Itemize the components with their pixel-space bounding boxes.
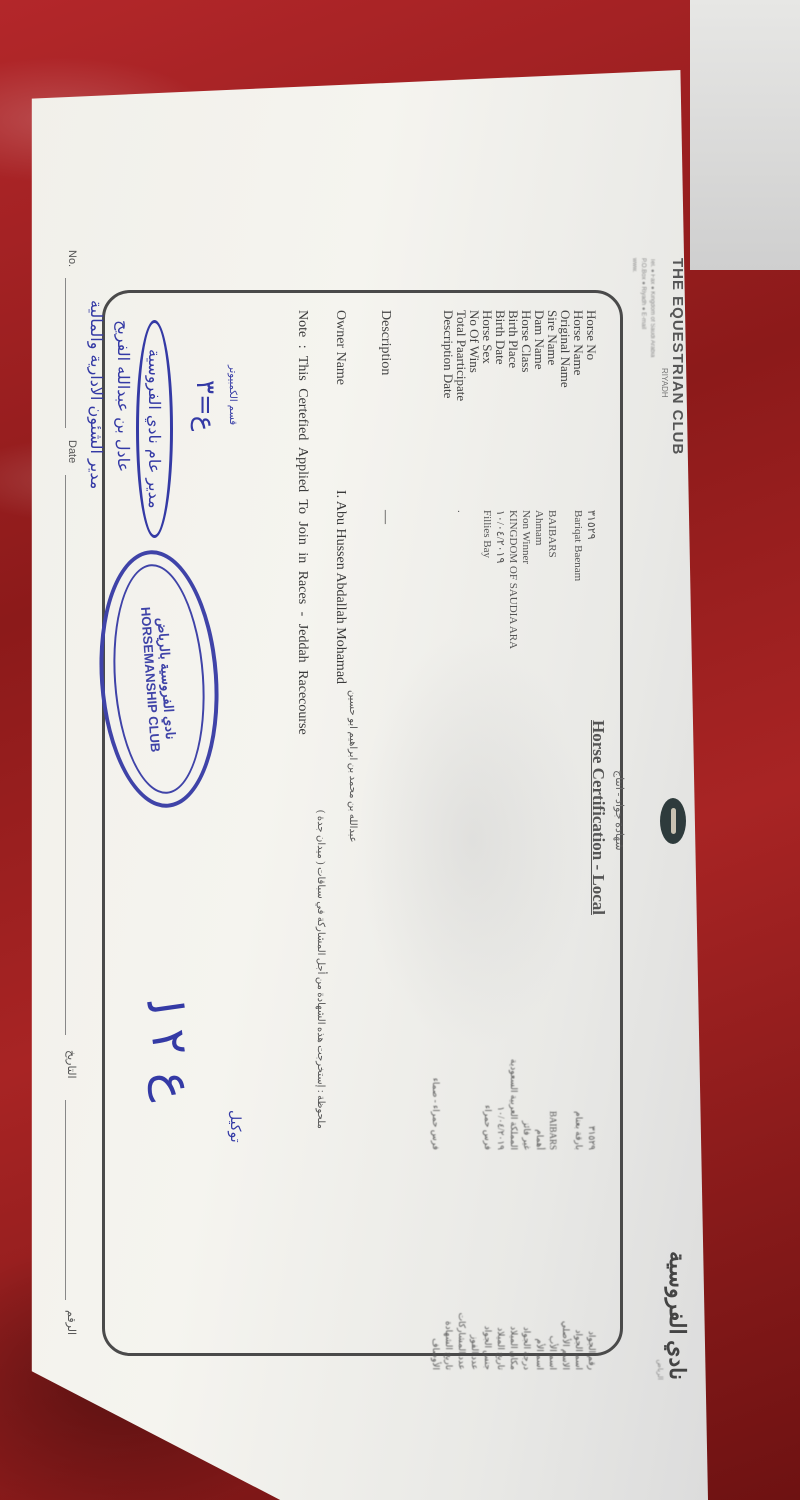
club-name-en: THE EQUESTRIAN CLUB bbox=[669, 258, 686, 678]
field-row: Birth PlaceKINGDOM OF SAUDIA ARA bbox=[507, 310, 520, 770]
footer-no-label: No. bbox=[66, 250, 78, 267]
field-value: ٣١٥٢٩ bbox=[585, 510, 598, 770]
arabic-label: الأوصاف bbox=[429, 1313, 442, 1370]
field-value: Fillies Bay bbox=[482, 510, 494, 770]
field-row: Description Date bbox=[442, 310, 455, 770]
field-row: Birth Date١٠/٠٤/٢٠١٩ bbox=[494, 310, 507, 770]
horse-fields: Horse No٣١٥٢٩Horse NameBariqat BaenamOri… bbox=[442, 310, 598, 770]
arabic-value: المملكة العربية السعودية bbox=[507, 1059, 520, 1150]
handwritten-manager-title: مدير عام نادي الفروسية bbox=[136, 320, 173, 538]
footer-no-ar: الرقم bbox=[65, 1310, 78, 1335]
footer-no-line bbox=[65, 278, 66, 428]
arabic-value: بارقة بعنام bbox=[572, 1059, 585, 1150]
field-row: Sire NameBAIBARS bbox=[546, 310, 559, 770]
arabic-value: أهمام bbox=[533, 1059, 546, 1150]
handwritten-department: قسم الكمبيوتر bbox=[227, 365, 238, 425]
club-city-ar: الرياض bbox=[655, 1080, 664, 1380]
stamp-text-en: HORSEMANSHIP CLUB bbox=[138, 606, 163, 752]
arabic-label: مكان الميلاد bbox=[507, 1313, 520, 1370]
footer-no-ar-line bbox=[65, 1100, 66, 1300]
arabic-value bbox=[442, 1059, 455, 1150]
club-city-en: RIYADH bbox=[660, 368, 669, 678]
arabic-label: تاريخ الشهادة bbox=[442, 1313, 455, 1370]
arabic-label: اسم الأم bbox=[533, 1313, 546, 1370]
arabic-label: اسم الأب bbox=[546, 1313, 559, 1370]
footer-date-line bbox=[65, 475, 66, 1035]
arabic-value: ١٠/٠٤/٢٠١٩ bbox=[494, 1059, 507, 1150]
header-arabic: نادي الفروسية الرياض bbox=[655, 1080, 690, 1380]
field-row: Dam NameAhmam bbox=[533, 310, 546, 770]
field-row: Horse SexFillies Bay bbox=[481, 310, 494, 770]
field-row: Horse No٣١٥٢٩ bbox=[585, 310, 598, 770]
header-english: THE EQUESTRIAN CLUB RIYADH Tel. ● Fax ● … bbox=[629, 258, 686, 678]
stamp-text-ar: نادي الفروسية بالرياض bbox=[154, 617, 178, 740]
note: Note : This Certefied Applied To Join in… bbox=[294, 310, 310, 735]
handwritten-mark: ع=٣ bbox=[190, 380, 220, 431]
field-value: KINGDOM OF SAUDIA ARA bbox=[508, 510, 520, 770]
owner-value: I. Abu Hussen Abdallah Mohamad bbox=[332, 490, 348, 684]
field-row: Total Paarticipate. bbox=[455, 310, 468, 770]
club-contact-en: Tel. ● Fax ● Kingdom of Saudi ArabiaP.O.… bbox=[629, 258, 656, 678]
arabic-value bbox=[559, 1059, 572, 1150]
owner-name-ar: عبدالله بن محمد بن ابراهيم ابو حسين bbox=[347, 690, 358, 843]
field-value: Non Winner bbox=[521, 510, 533, 770]
arabic-value: فرس حمراء - صماء bbox=[429, 1059, 442, 1150]
footer-date-label: Date bbox=[66, 440, 78, 463]
arabic-value: BAIBARS bbox=[546, 1059, 559, 1150]
field-row: Horse ClassNon Winner bbox=[520, 310, 533, 770]
description-row: Description — bbox=[377, 310, 393, 524]
footer-date-ar: التاريخ bbox=[65, 1050, 78, 1079]
certificate-title-ar: شهادة جواد - انتاج bbox=[613, 770, 626, 851]
arabic-label: جنس الجواد bbox=[481, 1313, 494, 1370]
arabic-label: اسم الجواد bbox=[572, 1313, 585, 1370]
arabic-label: رقم الجواد bbox=[585, 1313, 598, 1370]
field-value: BAIBARS bbox=[547, 510, 559, 770]
arabic-label: عدد المشاركات bbox=[455, 1313, 468, 1370]
equestrian-emblem-icon bbox=[660, 798, 686, 844]
arabic-label: الاسم الأصلي bbox=[559, 1313, 572, 1370]
note-text: This Certefied Applied To Join in Races … bbox=[295, 356, 310, 735]
arabic-label: تاريخ الميلاد bbox=[494, 1313, 507, 1370]
note-ar: ملحوظة : إستخرجت هذه الشهادة من أجل المش… bbox=[315, 810, 326, 1129]
arabic-labels: رقم الجواداسم الجوادالاسم الأصلياسم الأب… bbox=[429, 1313, 598, 1370]
owner-row: Owner Name I. Abu Hussen Abdallah Mohama… bbox=[332, 310, 348, 684]
arabic-values: ٣١٥٢٩بارقة بعنامBAIBARSأهمامغير فائزالمم… bbox=[429, 1059, 598, 1150]
handwritten-admin-title: مدير الشئون الادارية والمالية bbox=[87, 300, 106, 489]
background-paper bbox=[690, 0, 800, 270]
club-name-ar: نادي الفروسية bbox=[664, 1080, 690, 1380]
arabic-value bbox=[468, 1059, 481, 1150]
field-value: Bariqat Baenam bbox=[573, 510, 585, 770]
field-row: Original Name bbox=[559, 310, 572, 770]
field-row: No Of Wins bbox=[468, 310, 481, 770]
arabic-value: فرس حمراء bbox=[481, 1059, 494, 1150]
field-label: Description Date bbox=[441, 310, 457, 510]
field-value: ١٠/٠٤/٢٠١٩ bbox=[494, 510, 507, 770]
arabic-value bbox=[455, 1059, 468, 1150]
arabic-label: درجة الجواد bbox=[520, 1313, 533, 1370]
arabic-label: عدد الفوز bbox=[468, 1313, 481, 1370]
arabic-value: غير فائز bbox=[520, 1059, 533, 1150]
field-row: Horse NameBariqat Baenam bbox=[572, 310, 585, 770]
field-value: Ahmam bbox=[534, 510, 546, 770]
certificate-paper: THE EQUESTRIAN CLUB RIYADH Tel. ● Fax ● … bbox=[18, 70, 708, 1500]
arabic-value: ٣١٥٢٩ bbox=[585, 1059, 598, 1150]
description-value: — bbox=[377, 510, 393, 524]
note-label: Note : bbox=[295, 310, 310, 349]
handwritten-name: عادل بن عبدالله الفريح bbox=[114, 320, 133, 472]
description-label: Description bbox=[377, 310, 393, 510]
owner-label: Owner Name bbox=[332, 310, 348, 490]
signature-note: توكيل bbox=[227, 1110, 243, 1143]
certificate-sheet: THE EQUESTRIAN CLUB RIYADH Tel. ● Fax ● … bbox=[58, 250, 698, 1390]
field-value: . bbox=[456, 510, 468, 770]
